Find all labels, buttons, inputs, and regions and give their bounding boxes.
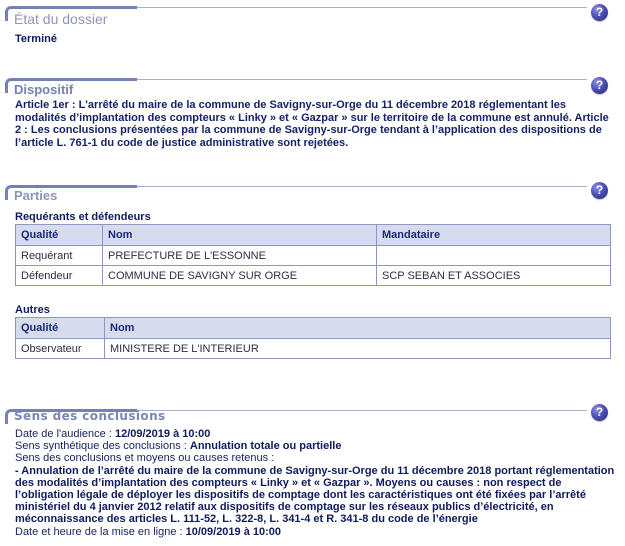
parties-section: Parties ? Requérants et défendeurs Quali…: [0, 179, 625, 201]
table-row: Défendeur COMMUNE DE SAVIGNY SUR ORGE SC…: [16, 266, 611, 286]
cell-qualite: Observateur: [16, 339, 105, 359]
column-header-nom: Nom: [103, 225, 377, 246]
etat-header: État du dossier ?: [0, 0, 625, 22]
header-line: [137, 186, 587, 187]
table-row: Requérant PREFECTURE DE L'ESSONNE: [16, 246, 611, 266]
parties-title: Parties: [14, 188, 57, 203]
synth-line: Sens synthétique des conclusions : Annul…: [15, 440, 615, 452]
help-icon[interactable]: ?: [591, 404, 608, 421]
cell-nom: COMMUNE DE SAVIGNY SUR ORGE: [103, 266, 377, 286]
help-icon[interactable]: ?: [591, 77, 608, 94]
table-header-row: Qualité Nom: [16, 318, 611, 339]
synth-value: Annulation totale ou partielle: [190, 440, 342, 452]
cell-qualite: Défendeur: [16, 266, 103, 286]
mise-en-ligne-line: Date et heure de la mise en ligne : 10/0…: [15, 526, 615, 538]
header-bracket: [5, 409, 11, 424]
cell-nom: PREFECTURE DE L'ESSONNE: [103, 246, 377, 266]
cell-nom: MINISTERE DE L'INTERIEUR: [105, 339, 611, 359]
audience-value: 12/09/2019 à 10:00: [115, 428, 210, 440]
requerants-table: Qualité Nom Mandataire Requérant PREFECT…: [15, 224, 611, 286]
column-header-mandataire: Mandataire: [377, 225, 611, 246]
synth-label: Sens synthétique des conclusions :: [15, 440, 190, 452]
header-bracket: [5, 6, 11, 21]
autres-table: Qualité Nom Observateur MINISTERE DE L'I…: [15, 317, 611, 359]
conclusions-section: Sens des conclusions ? Date de l'audienc…: [0, 403, 625, 425]
dispositif-text: Article 1er : L'arrêté du maire de la co…: [15, 99, 610, 149]
moyens-label: Sens des conclusions et moyens ou causes…: [15, 452, 615, 464]
header-decoration: [9, 6, 137, 9]
cell-qualite: Requérant: [16, 246, 103, 266]
table-header-row: Qualité Nom Mandataire: [16, 225, 611, 246]
cell-mandataire: [377, 246, 611, 266]
etat-value: Terminé: [15, 33, 57, 46]
column-header-qualite: Qualité: [16, 318, 105, 339]
conclusions-title: Sens des conclusions: [14, 409, 166, 423]
column-header-nom: Nom: [105, 318, 611, 339]
header-bracket: [5, 78, 11, 93]
dispositif-title: Dispositif: [14, 82, 73, 97]
header-line: [137, 410, 587, 411]
conclusions-header: Sens des conclusions ?: [0, 403, 625, 425]
mise-en-ligne-label: Date et heure de la mise en ligne :: [15, 526, 186, 538]
header-line: [137, 7, 587, 8]
autres-title: Autres: [15, 304, 50, 316]
etat-section: État du dossier ? Terminé: [0, 0, 625, 22]
dispositif-section: Dispositif ? Article 1er : L'arrêté du m…: [0, 72, 625, 94]
help-icon[interactable]: ?: [591, 182, 608, 199]
etat-title: État du dossier: [14, 11, 107, 27]
help-icon[interactable]: ?: [591, 4, 608, 21]
table-row: Observateur MINISTERE DE L'INTERIEUR: [16, 339, 611, 359]
column-header-qualite: Qualité: [16, 225, 103, 246]
audience-line: Date de l'audience : 12/09/2019 à 10:00: [15, 428, 615, 440]
parties-header: Parties ?: [0, 179, 625, 201]
cell-mandataire: SCP SEBAN ET ASSOCIES: [377, 266, 611, 286]
moyens-value: - Annulation de l’arrêté du maire de la …: [15, 465, 615, 526]
audience-label: Date de l'audience :: [15, 428, 115, 440]
header-bracket: [5, 185, 11, 200]
header-decoration: [9, 78, 137, 81]
conclusions-body: Date de l'audience : 12/09/2019 à 10:00 …: [15, 428, 615, 538]
header-line: [137, 79, 587, 80]
requerants-title: Requérants et défendeurs: [15, 211, 151, 223]
mise-en-ligne-value: 10/09/2019 à 10:00: [186, 526, 281, 538]
dispositif-header: Dispositif ?: [0, 72, 625, 94]
